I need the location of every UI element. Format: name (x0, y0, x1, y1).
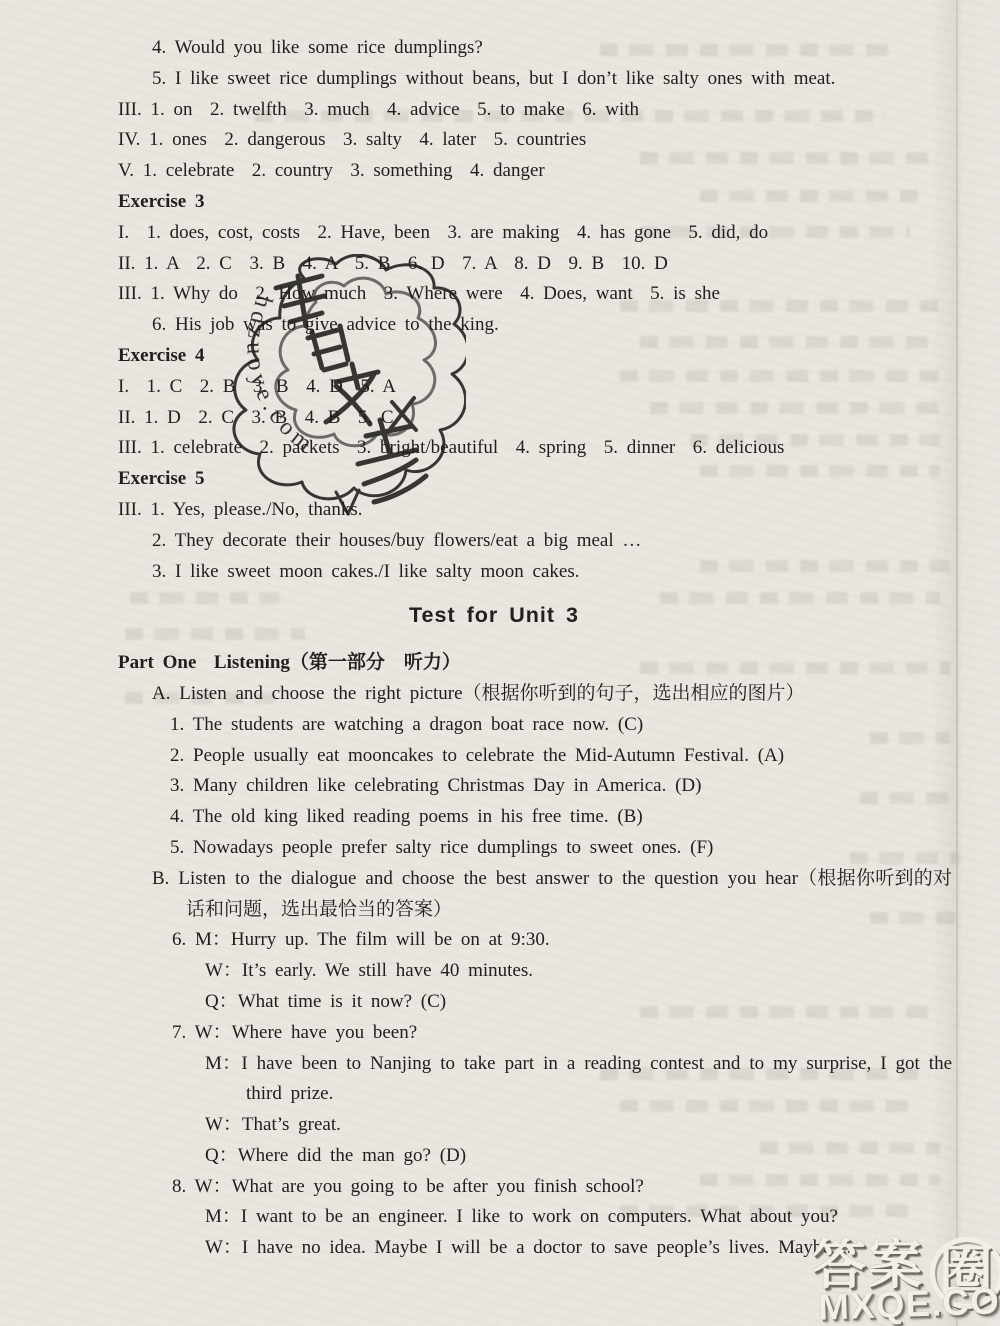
dialogue-line: 7. W：Where have you been? (0, 1018, 952, 1049)
dialogue-line: 8. W：What are you going to be after you … (0, 1172, 952, 1203)
listening-item: 2. People usually eat mooncakes to celeb… (0, 741, 952, 772)
answer-line: III. 1. celebrate 2. packets 3. bright/b… (0, 433, 952, 464)
dialogue-line: W：That’s great. (0, 1110, 952, 1141)
scanned-page: 4. Would you like some rice dumplings? 5… (0, 0, 1000, 1326)
dialogue-line: W：I have no idea. Maybe I will be a doct… (0, 1233, 952, 1264)
answer-line: V. 1. celebrate 2. country 3. something … (0, 156, 952, 187)
answer-line: 3. I like sweet moon cakes./I like salty… (0, 557, 952, 588)
answer-line: II. 1. A 2. C 3. B 4. A 5. B 6. D 7. A 8… (0, 249, 952, 280)
answer-line: 6. His job was to give advice to the kin… (0, 310, 952, 341)
listening-item: 5. Nowadays people prefer salty rice dum… (0, 833, 952, 864)
answer-line: 5. I like sweet rice dumplings without b… (0, 64, 952, 95)
exercise-heading: Exercise 4 (0, 341, 952, 372)
section-b-heading: B. Listen to the dialogue and choose the… (0, 864, 952, 926)
center-doodle-watermark: hdzuoye.com (224, 254, 466, 526)
answer-line: IV. 1. ones 2. dangerous 3. salty 4. lat… (0, 125, 952, 156)
dialogue-line: Q：Where did the man go? (D) (0, 1141, 952, 1172)
part-heading: Part One Listening（第一部分 听力） (0, 648, 952, 679)
listening-item: 1. The students are watching a dragon bo… (0, 710, 952, 741)
dialogue-line: 6. M：Hurry up. The film will be on at 9:… (0, 925, 952, 956)
dialogue-line: Q：What time is it now? (C) (0, 987, 952, 1018)
dialogue-line: M：I want to be an engineer. I like to wo… (0, 1202, 952, 1233)
dialogue-line: W：It’s early. We still have 40 minutes. (0, 956, 952, 987)
answer-line: III. 1. on 2. twelfth 3. much 4. advice … (0, 95, 952, 126)
answer-line: II. 1. D 2. C 3. B 4. B 5. C (0, 403, 952, 434)
answer-line: III. 1. Why do 2. How much 3. Where were… (0, 279, 952, 310)
listening-item: 4. The old king liked reading poems in h… (0, 802, 952, 833)
answer-key-text: 4. Would you like some rice dumplings? 5… (0, 33, 952, 1264)
answer-line: I. 1. C 2. B 3. B 4. D 5. A (0, 372, 952, 403)
page-fold-line (956, 0, 958, 1326)
dialogue-line: M：I have been to Nanjing to take part in… (0, 1049, 952, 1111)
answer-line: 2. They decorate their houses/buy flower… (0, 526, 952, 557)
site-watermark: MXQE.COM (817, 1279, 1000, 1326)
test-title: Test for Unit 3 (18, 600, 970, 631)
exercise-heading: Exercise 5 (0, 464, 952, 495)
answer-line: 4. Would you like some rice dumplings? (0, 33, 952, 64)
answer-line: I. 1. does, cost, costs 2. Have, been 3.… (0, 218, 952, 249)
section-a-heading: A. Listen and choose the right picture（根… (0, 679, 952, 710)
answer-line: III. 1. Yes, please./No, thanks. (0, 495, 952, 526)
listening-item: 3. Many children like celebrating Christ… (0, 771, 952, 802)
exercise-heading: Exercise 3 (0, 187, 952, 218)
